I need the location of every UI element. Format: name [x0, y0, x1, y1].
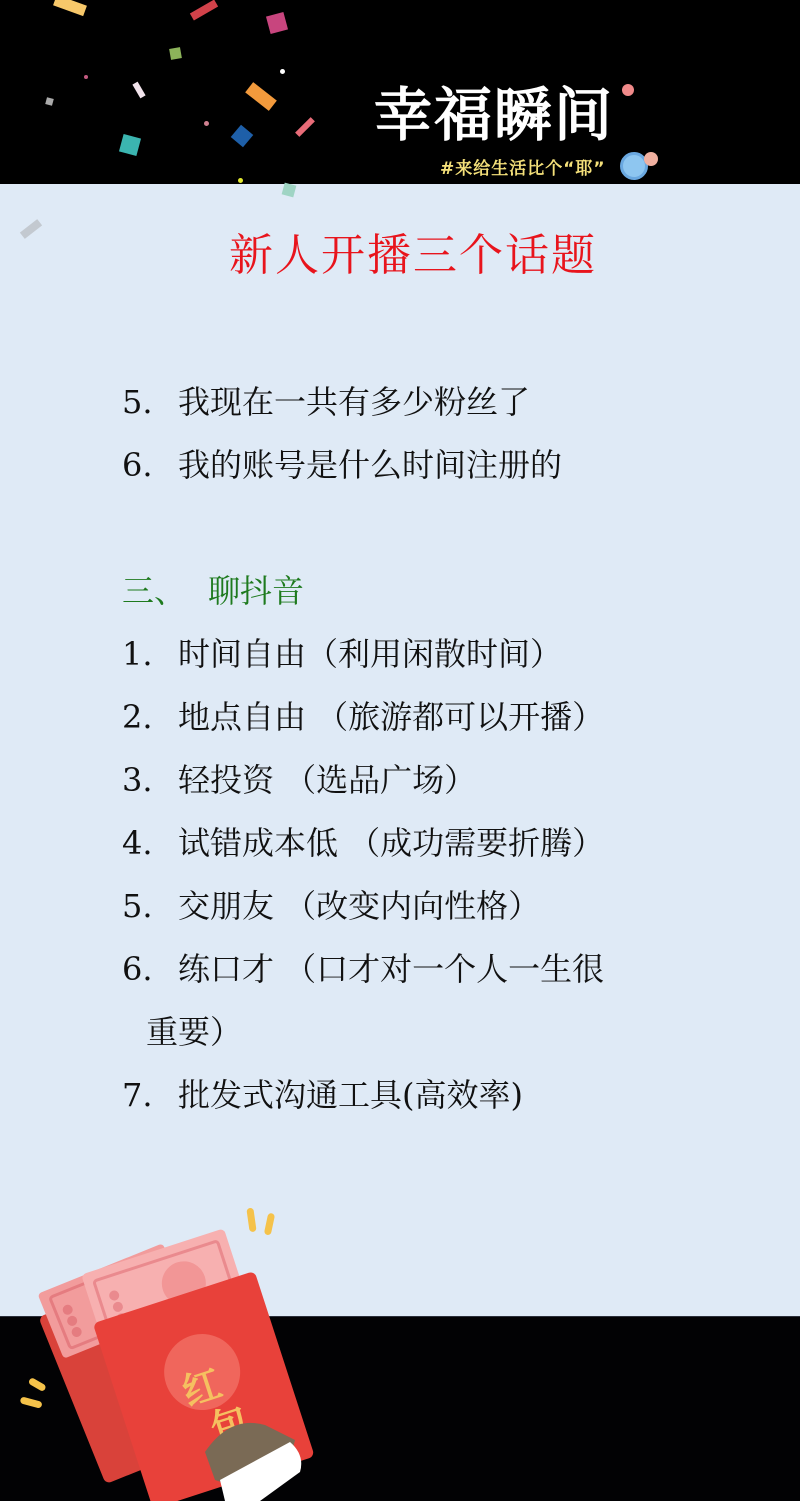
item-number: 2. — [122, 695, 178, 739]
item-number: 6. — [122, 443, 178, 487]
item-text: 我现在一共有多少粉丝了 — [178, 383, 530, 421]
list-item: 7.批发式沟通工具(高效率) — [122, 1073, 523, 1117]
item-number: 3. — [122, 758, 178, 802]
item-number: 5. — [122, 884, 178, 928]
section-number: 三、 — [122, 569, 208, 613]
item-text: 轻投资 （选品广场） — [178, 761, 476, 799]
item-number: 7. — [122, 1073, 178, 1117]
list-item: 3.轻投资 （选品广场） — [122, 758, 476, 802]
list-item: 2.地点自由 （旅游都可以开播） — [122, 695, 604, 739]
item-text: 批发式沟通工具(高效率) — [178, 1076, 523, 1114]
section-title: 聊抖音 — [208, 572, 304, 610]
item-number: 5. — [122, 380, 178, 424]
brand-logo: 幸福瞬间 #来给生活比个“耶” — [368, 80, 668, 180]
list-item: 4.试错成本低 （成功需要折腾） — [122, 821, 604, 865]
item-number: 4. — [122, 821, 178, 865]
item-text: 练口才 （口才对一个人一生很 — [178, 950, 604, 988]
item-text: 时间自由（利用闲散时间） — [178, 635, 562, 673]
item-text: 试错成本低 （成功需要折腾） — [178, 824, 604, 862]
brand-subtitle: #来给生活比个“耶” — [440, 154, 606, 179]
list-item: 5.交朋友 （改变内向性格） — [122, 884, 540, 928]
item-text: 地点自由 （旅游都可以开播） — [178, 698, 604, 736]
brand-title: 幸福瞬间 — [374, 80, 614, 150]
red-envelope-icon: 红 包 — [0, 1180, 400, 1501]
item-text: 我的账号是什么时间注册的 — [178, 446, 562, 484]
list-item: 5.我现在一共有多少粉丝了 — [122, 380, 530, 424]
content-panel — [0, 184, 800, 1316]
list-item: 1.时间自由（利用闲散时间） — [122, 632, 562, 676]
item-number: 1. — [122, 632, 178, 676]
flower-icon — [644, 152, 658, 166]
item-number: 6. — [122, 947, 178, 991]
item-text: 交朋友 （改变内向性格） — [178, 887, 540, 925]
list-item: 6.我的账号是什么时间注册的 — [122, 443, 562, 487]
page-title: 新人开播三个话题 — [0, 226, 800, 286]
heart-icon — [622, 84, 634, 96]
section-heading: 三、聊抖音 — [122, 569, 304, 613]
list-item: 6.练口才 （口才对一个人一生很 — [122, 947, 604, 991]
list-item-continuation: 重要） — [146, 1010, 242, 1054]
